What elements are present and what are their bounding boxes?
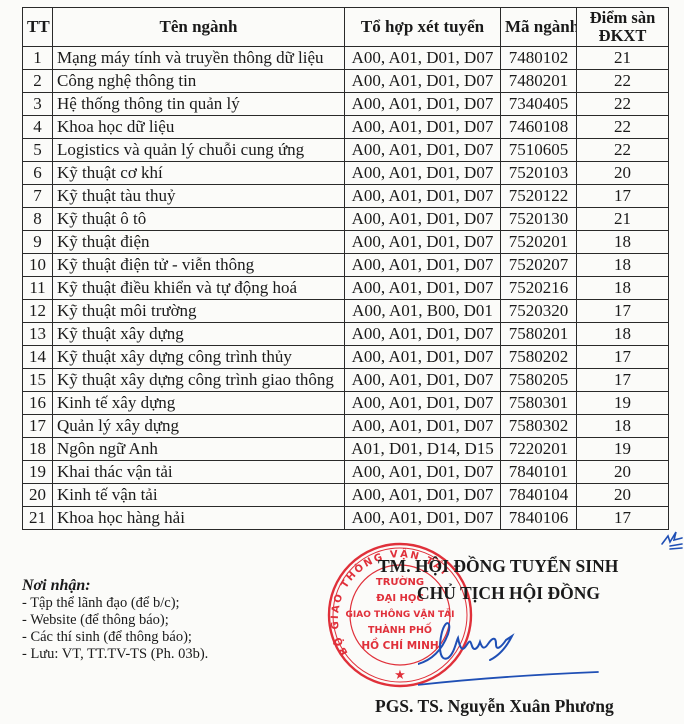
subject-combination: A00, A01, D01, D07 [345, 208, 501, 231]
minimum-score: 20 [577, 484, 669, 507]
major-code: 7480201 [501, 70, 577, 93]
table-row: 11Kỹ thuật điều khiển và tự động hoáA00,… [23, 277, 669, 300]
table-row: 21Khoa học hàng hảiA00, A01, D01, D07784… [23, 507, 669, 530]
subject-combination: A00, A01, D01, D07 [345, 139, 501, 162]
table-row: 12Kỹ thuật môi trườngA00, A01, B00, D017… [23, 300, 669, 323]
header-code: Mã ngành [501, 8, 577, 47]
minimum-score: 22 [577, 139, 669, 162]
major-code: 7520320 [501, 300, 577, 323]
major-code: 7220201 [501, 438, 577, 461]
row-index: 3 [23, 93, 53, 116]
subject-combination: A00, A01, D01, D07 [345, 507, 501, 530]
minimum-score: 18 [577, 323, 669, 346]
major-name: Hệ thống thông tin quản lý [53, 93, 345, 116]
major-code: 7580202 [501, 346, 577, 369]
subject-combination: A00, A01, D01, D07 [345, 415, 501, 438]
table-row: 3Hệ thống thông tin quản lýA00, A01, D01… [23, 93, 669, 116]
minimum-score: 17 [577, 185, 669, 208]
minimum-score: 18 [577, 231, 669, 254]
subject-combination: A00, A01, D01, D07 [345, 392, 501, 415]
minimum-score: 17 [577, 346, 669, 369]
row-index: 2 [23, 70, 53, 93]
subject-combination: A00, A01, D01, D07 [345, 162, 501, 185]
major-code: 7840101 [501, 461, 577, 484]
subject-combination: A00, A01, D01, D07 [345, 254, 501, 277]
table-header-row: TT Tên ngành Tổ hợp xét tuyển Mã ngành Đ… [23, 8, 669, 47]
table-row: 5Logistics và quản lý chuỗi cung ứngA00,… [23, 139, 669, 162]
subject-combination: A00, A01, D01, D07 [345, 346, 501, 369]
row-index: 16 [23, 392, 53, 415]
major-code: 7580302 [501, 415, 577, 438]
minimum-score: 18 [577, 277, 669, 300]
subject-combination: A00, A01, D01, D07 [345, 70, 501, 93]
table-row: 14Kỹ thuật xây dựng công trình thủyA00, … [23, 346, 669, 369]
row-index: 15 [23, 369, 53, 392]
major-name: Kinh tế xây dựng [53, 392, 345, 415]
major-code: 7520130 [501, 208, 577, 231]
header-tt: TT [23, 8, 53, 47]
major-code: 7580201 [501, 323, 577, 346]
subject-combination: A00, A01, D01, D07 [345, 323, 501, 346]
major-name: Kỹ thuật cơ khí [53, 162, 345, 185]
minimum-score: 22 [577, 116, 669, 139]
major-code: 7520103 [501, 162, 577, 185]
row-index: 9 [23, 231, 53, 254]
subject-combination: A00, A01, D01, D07 [345, 231, 501, 254]
major-name: Logistics và quản lý chuỗi cung ứng [53, 139, 345, 162]
recipient-item: - Tập thể lãnh đạo (để b/c); [22, 595, 208, 612]
subject-combination: A00, A01, D01, D07 [345, 47, 501, 70]
major-code: 7840104 [501, 484, 577, 507]
major-name: Kỹ thuật điện tử - viễn thông [53, 254, 345, 277]
council-title: TM. HỘI ĐỒNG TUYỂN SINH [378, 556, 618, 577]
major-name: Kỹ thuật môi trường [53, 300, 345, 323]
handwritten-signature-icon [418, 612, 638, 692]
minimum-score: 22 [577, 70, 669, 93]
row-index: 1 [23, 47, 53, 70]
subject-combination: A00, A01, D01, D07 [345, 484, 501, 507]
table-row: 17Quản lý xây dựngA00, A01, D01, D077580… [23, 415, 669, 438]
table-row: 19Khai thác vận tảiA00, A01, D01, D07784… [23, 461, 669, 484]
row-index: 20 [23, 484, 53, 507]
major-code: 7520201 [501, 231, 577, 254]
row-index: 14 [23, 346, 53, 369]
header-score: Điểm sàn ĐKXT [577, 8, 669, 47]
table-row: 16Kinh tế xây dựngA00, A01, D01, D077580… [23, 392, 669, 415]
major-code: 7840106 [501, 507, 577, 530]
subject-combination: A00, A01, D01, D07 [345, 185, 501, 208]
row-index: 6 [23, 162, 53, 185]
row-index: 18 [23, 438, 53, 461]
table-body: 1Mạng máy tính và truyền thông dữ liệuA0… [23, 47, 669, 530]
major-code: 7480102 [501, 47, 577, 70]
minimum-score: 21 [577, 208, 669, 231]
minimum-score: 22 [577, 93, 669, 116]
table-row: 2Công nghệ thông tinA00, A01, D01, D0774… [23, 70, 669, 93]
minimum-score: 19 [577, 438, 669, 461]
minimum-score: 17 [577, 300, 669, 323]
table-row: 4Khoa học dữ liệuA00, A01, D01, D0774601… [23, 116, 669, 139]
svg-text:★: ★ [394, 668, 406, 683]
recipient-item: - Lưu: VT, TT.TV-TS (Ph. 03b). [22, 646, 208, 663]
row-index: 12 [23, 300, 53, 323]
row-index: 8 [23, 208, 53, 231]
row-index: 17 [23, 415, 53, 438]
major-name: Công nghệ thông tin [53, 70, 345, 93]
minimum-score: 20 [577, 162, 669, 185]
major-code: 7520122 [501, 185, 577, 208]
minimum-score: 19 [577, 392, 669, 415]
recipients-block: Nơi nhận: - Tập thể lãnh đạo (để b/c); -… [22, 577, 208, 663]
row-index: 13 [23, 323, 53, 346]
recipient-item: - Website (để thông báo); [22, 612, 208, 629]
row-index: 10 [23, 254, 53, 277]
header-score-line1: Điểm sàn [590, 8, 656, 27]
subject-combination: A00, A01, D01, D07 [345, 277, 501, 300]
subject-combination: A00, A01, B00, D01 [345, 300, 501, 323]
minimum-score: 17 [577, 507, 669, 530]
major-code: 7580205 [501, 369, 577, 392]
major-code: 7520207 [501, 254, 577, 277]
table-row: 7Kỹ thuật tàu thuỷA00, A01, D01, D077520… [23, 185, 669, 208]
subject-combination: A00, A01, D01, D07 [345, 93, 501, 116]
minimum-score: 18 [577, 254, 669, 277]
row-index: 11 [23, 277, 53, 300]
major-name: Kỹ thuật điện [53, 231, 345, 254]
major-name: Kỹ thuật tàu thuỷ [53, 185, 345, 208]
subject-combination: A00, A01, D01, D07 [345, 369, 501, 392]
subject-combination: A01, D01, D14, D15 [345, 438, 501, 461]
minimum-score: 21 [577, 47, 669, 70]
major-name: Kỹ thuật xây dựng [53, 323, 345, 346]
major-name: Mạng máy tính và truyền thông dữ liệu [53, 47, 345, 70]
header-score-line2: ĐKXT [599, 26, 647, 45]
row-index: 5 [23, 139, 53, 162]
header-combo: Tổ hợp xét tuyển [345, 8, 501, 47]
table-row: 9Kỹ thuật điệnA00, A01, D01, D0775202011… [23, 231, 669, 254]
major-name: Kinh tế vận tải [53, 484, 345, 507]
major-name: Kỹ thuật xây dựng công trình giao thông [53, 369, 345, 392]
major-name: Ngôn ngữ Anh [53, 438, 345, 461]
major-code: 7580301 [501, 392, 577, 415]
minimum-score: 18 [577, 415, 669, 438]
major-name: Khoa học dữ liệu [53, 116, 345, 139]
recipient-item: - Các thí sinh (để thông báo); [22, 629, 208, 646]
major-code: 7460108 [501, 116, 577, 139]
major-name: Quản lý xây dựng [53, 415, 345, 438]
table-row: 15Kỹ thuật xây dựng công trình giao thôn… [23, 369, 669, 392]
major-code: 7520216 [501, 277, 577, 300]
table-row: 1Mạng máy tính và truyền thông dữ liệuA0… [23, 47, 669, 70]
table-row: 6Kỹ thuật cơ khíA00, A01, D01, D07752010… [23, 162, 669, 185]
subject-combination: A00, A01, D01, D07 [345, 461, 501, 484]
table-row: 18Ngôn ngữ AnhA01, D01, D14, D1572202011… [23, 438, 669, 461]
table-row: 13Kỹ thuật xây dựngA00, A01, D01, D07758… [23, 323, 669, 346]
initial-mark-icon [660, 528, 684, 552]
table-row: 20Kinh tế vận tảiA00, A01, D01, D0778401… [23, 484, 669, 507]
table-row: 8Kỹ thuật ô tôA00, A01, D01, D0775201302… [23, 208, 669, 231]
row-index: 4 [23, 116, 53, 139]
major-code: 7340405 [501, 93, 577, 116]
signer-name: PGS. TS. Nguyễn Xuân Phương [375, 696, 614, 717]
header-name: Tên ngành [53, 8, 345, 47]
subject-combination: A00, A01, D01, D07 [345, 116, 501, 139]
row-index: 19 [23, 461, 53, 484]
major-name: Kỹ thuật xây dựng công trình thủy [53, 346, 345, 369]
major-name: Khoa học hàng hải [53, 507, 345, 530]
minimum-score: 17 [577, 369, 669, 392]
row-index: 7 [23, 185, 53, 208]
table-row: 10Kỹ thuật điện tử - viễn thôngA00, A01,… [23, 254, 669, 277]
major-name: Kỹ thuật ô tô [53, 208, 345, 231]
major-name: Khai thác vận tải [53, 461, 345, 484]
admission-score-table: TT Tên ngành Tổ hợp xét tuyển Mã ngành Đ… [22, 7, 669, 530]
chairman-title: CHỦ TỊCH HỘI ĐỒNG [417, 583, 600, 604]
row-index: 21 [23, 507, 53, 530]
major-code: 7510605 [501, 139, 577, 162]
recipients-title: Nơi nhận: [22, 577, 208, 594]
major-name: Kỹ thuật điều khiển và tự động hoá [53, 277, 345, 300]
minimum-score: 20 [577, 461, 669, 484]
